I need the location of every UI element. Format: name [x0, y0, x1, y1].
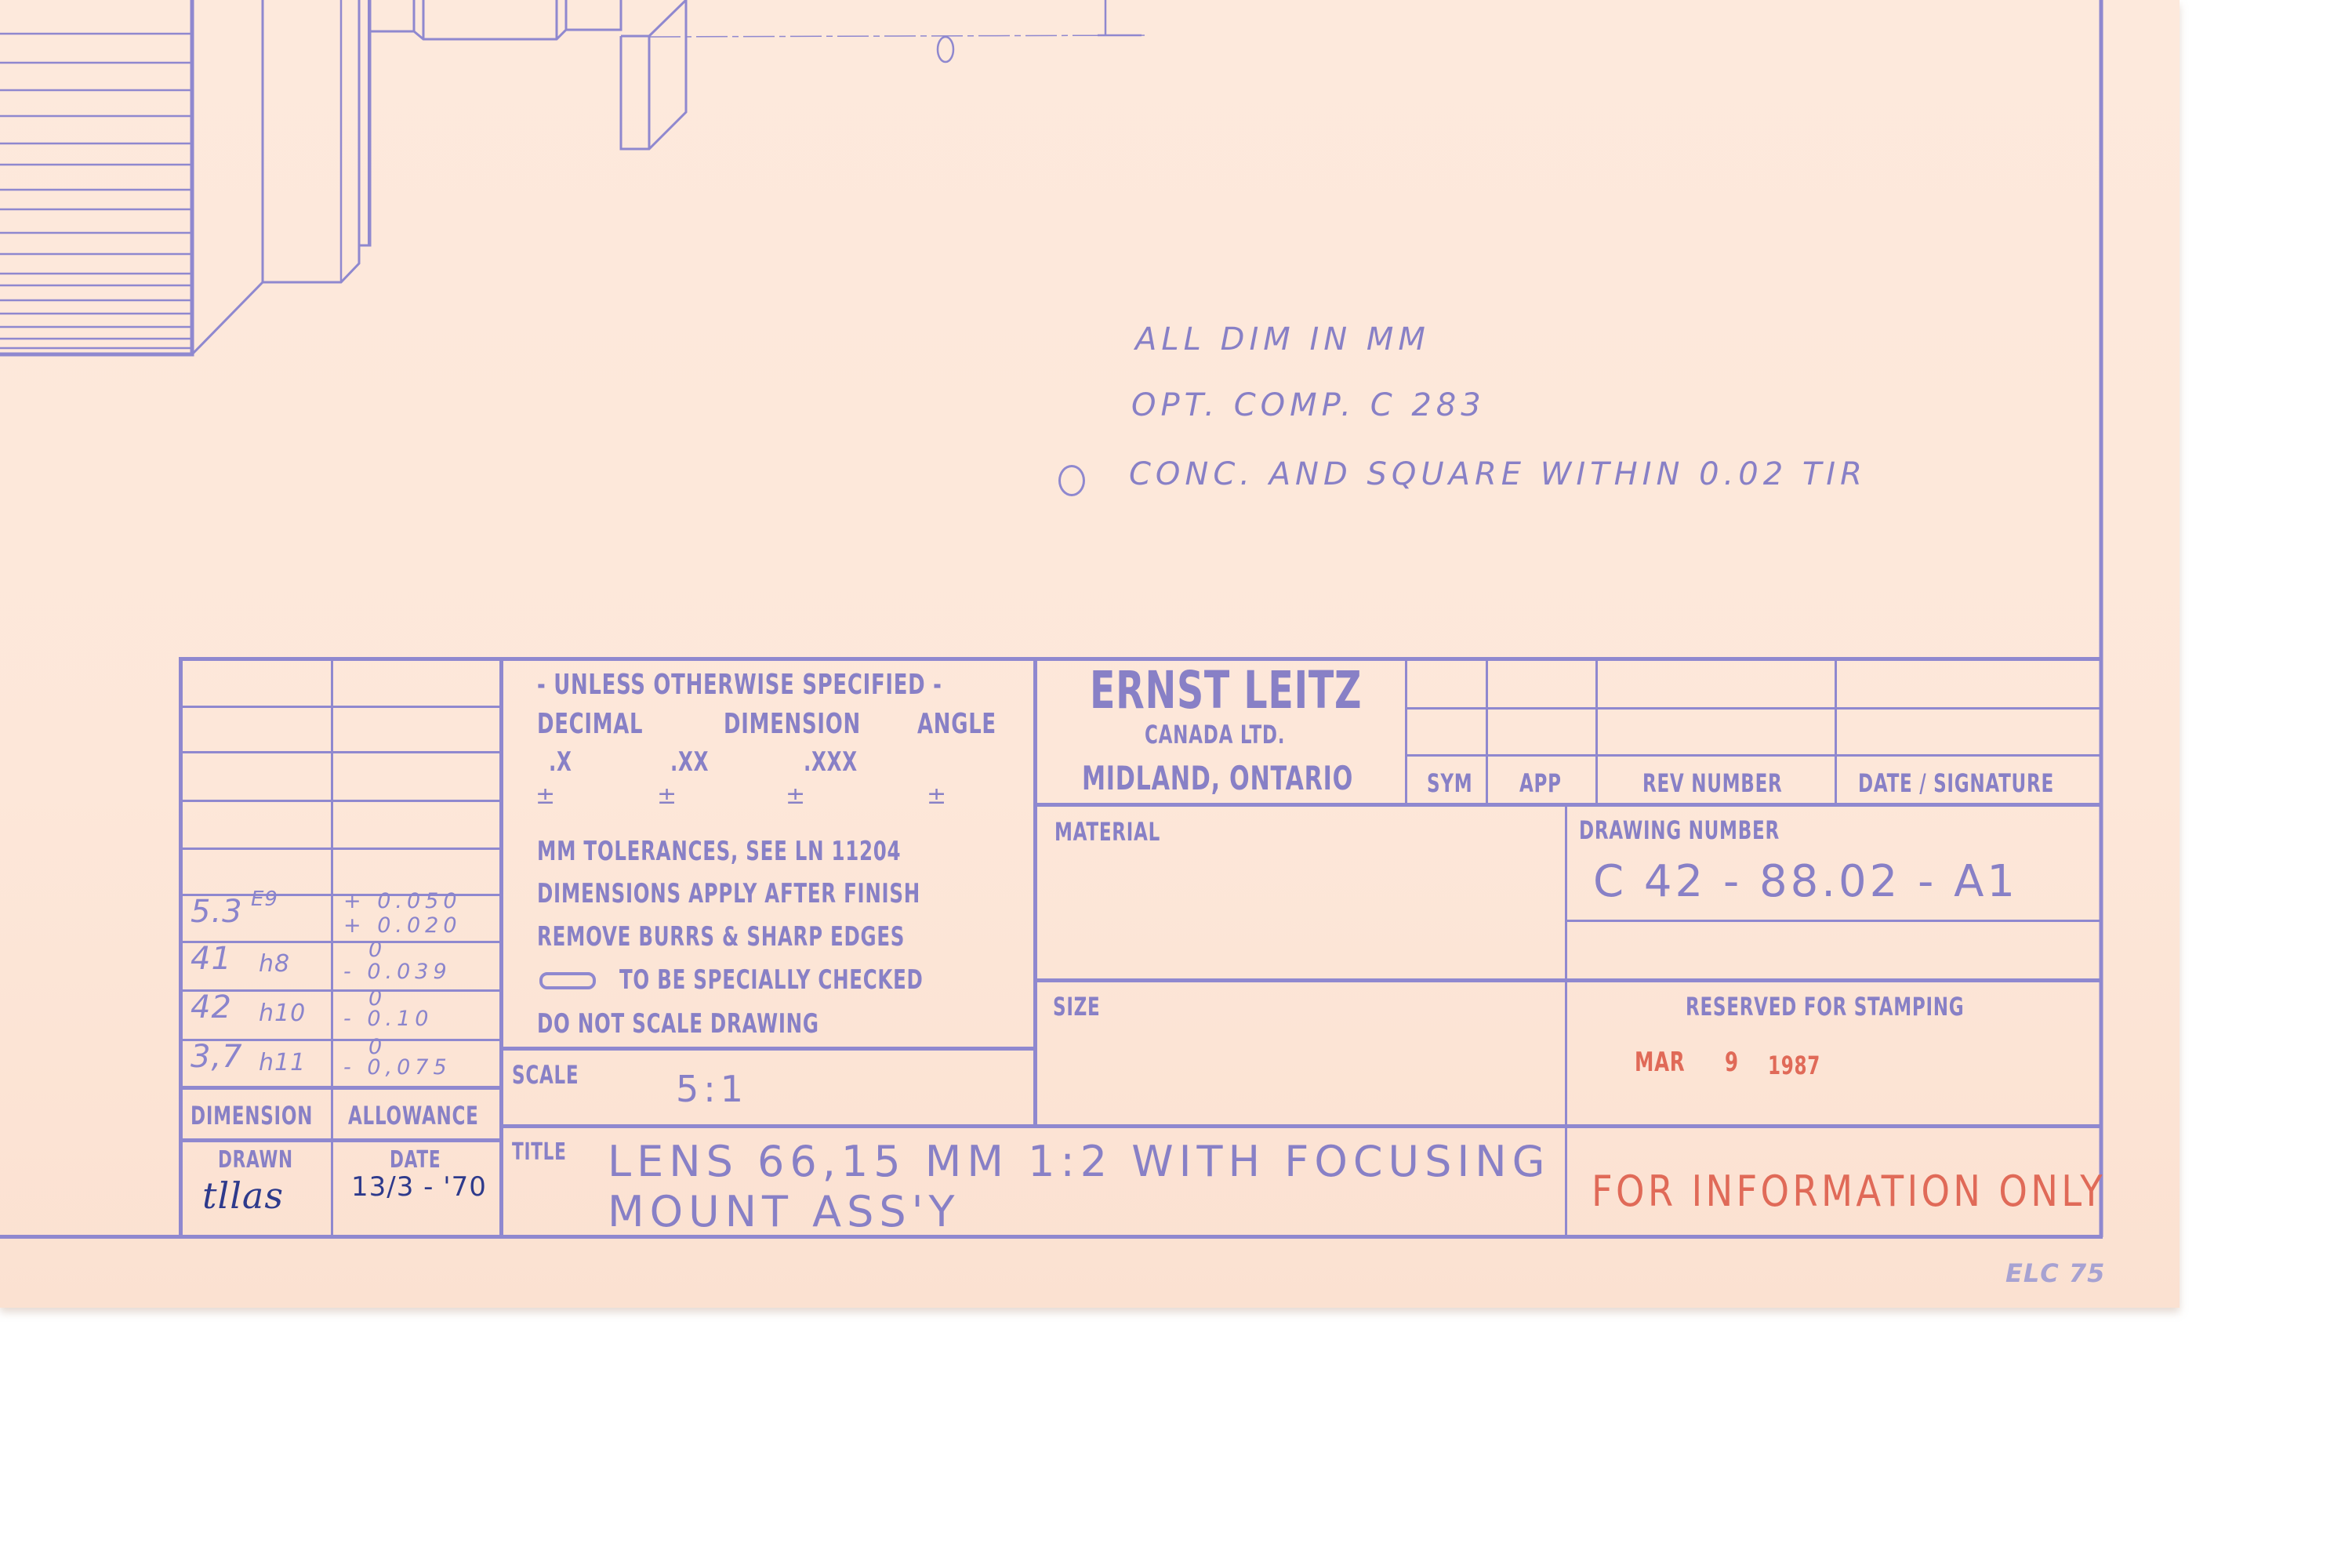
col-decimal: DECIMAL [537, 708, 643, 740]
title-line-2: MOUNT ASS'Y [608, 1187, 960, 1236]
tol-dim-3: 42 [191, 989, 232, 1025]
stamp-day: 9 [1725, 1047, 1739, 1078]
pm-2: ± [657, 782, 677, 810]
note-all-dim-in-mm: ALL DIM IN MM [1135, 321, 1430, 358]
tol-dim-1: 5.3 [191, 894, 243, 930]
stamp-month: MAR [1635, 1047, 1685, 1078]
rev-header-rev-number: REV NUMBER [1642, 768, 1782, 798]
tol-upper-2: 0 [368, 938, 383, 962]
tol-upper-1: + 0.050 [343, 889, 462, 913]
hatch-lines [0, 34, 192, 348]
rev-header-app: APP [1519, 768, 1562, 798]
tol-lower-1: + 0.020 [343, 913, 462, 938]
note-mm-tolerances: MM TOLERANCES, SEE LN 11204 [537, 836, 901, 867]
special-check-symbol-icon [539, 972, 596, 989]
tol-fit-4: h11 [259, 1049, 306, 1076]
rev-header-sym: SYM [1427, 768, 1472, 798]
material-label: MATERIAL [1054, 817, 1160, 847]
rev-header-date-signature: DATE / SIGNATURE [1858, 768, 2054, 798]
tol-dim-4: 3,7 [191, 1039, 243, 1075]
note-do-not-scale: DO NOT SCALE DRAWING [537, 1008, 819, 1040]
concentricity-circle-icon [1058, 465, 1085, 496]
drawn-label: DRAWN [218, 1146, 293, 1174]
note-opt-comp: OPT. COMP. C 283 [1131, 387, 1486, 423]
col-dimension: DIMENSION [724, 708, 861, 740]
dimension-header: DIMENSION [191, 1101, 313, 1131]
scale-label: SCALE [512, 1060, 579, 1090]
drawing-number-label: DRAWING NUMBER [1579, 815, 1780, 845]
tol-fit-1: E9 [251, 887, 278, 911]
tol-fit-3: h10 [259, 1000, 306, 1027]
company-subtitle: CANADA LTD. [1145, 720, 1285, 750]
title-line-1: LENS 66,15 MM 1:2 WITH FOCUSING [608, 1137, 1551, 1186]
decimal-xx: .XX [670, 746, 709, 778]
company-name: ERNST LEITZ [1090, 660, 1362, 720]
tol-lower-3: - 0.10 [343, 1007, 433, 1031]
title-label: TITLE [512, 1138, 567, 1166]
note-dimensions-after-finish: DIMENSIONS APPLY AFTER FINISH [537, 878, 920, 909]
size-label: SIZE [1053, 992, 1100, 1022]
decimal-x: .X [549, 746, 572, 778]
unless-specified-heading: - UNLESS OTHERWISE SPECIFIED - [537, 669, 942, 701]
decimal-xxx: .XXX [804, 746, 858, 778]
tol-lower-2: - 0.039 [343, 960, 452, 984]
tol-fit-2: h8 [259, 950, 290, 978]
drawn-signature: tllas [202, 1174, 284, 1217]
col-angle: ANGLE [917, 708, 996, 740]
allowance-header: ALLOWANCE [348, 1101, 479, 1131]
note-specially-checked: TO BE SPECIALLY CHECKED [619, 964, 924, 996]
form-code: ELC 75 [2005, 1258, 2105, 1288]
pm-4: ± [927, 782, 947, 810]
datum-circle-icon [938, 37, 953, 62]
drawn-date: 13/3 - '70 [351, 1171, 487, 1203]
drawing-number-value: C 42 - 88.02 - A1 [1593, 856, 2018, 907]
company-location: MIDLAND, ONTARIO [1082, 759, 1353, 797]
date-label: DATE [390, 1146, 441, 1174]
for-information-only-stamp: FOR INFORMATION ONLY [1592, 1167, 2106, 1216]
note-remove-burrs: REMOVE BURRS & SHARP EDGES [537, 921, 905, 953]
tol-dim-2: 41 [191, 941, 232, 977]
pm-3: ± [786, 782, 806, 810]
pm-1: ± [535, 782, 556, 810]
note-concentricity: CONC. AND SQUARE WITHIN 0.02 TIR [1129, 456, 1867, 492]
scale-value: 5:1 [676, 1068, 748, 1110]
stamp-year: 1987 [1768, 1051, 1820, 1080]
tol-lower-4: - 0,075 [343, 1055, 452, 1080]
reserved-for-stamping-label: RESERVED FOR STAMPING [1686, 992, 1964, 1022]
